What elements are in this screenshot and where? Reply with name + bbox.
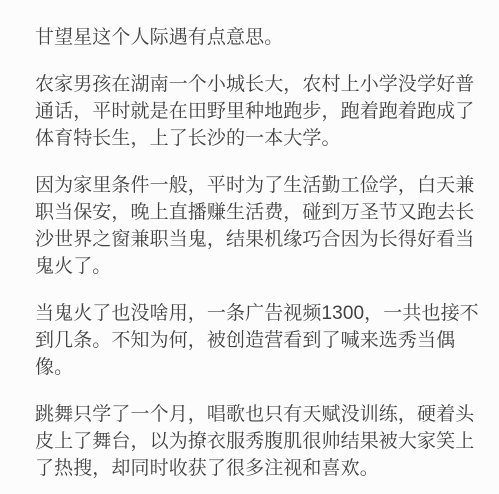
text-line: 通话，平时就是在田野里种地跑步，跑着跑着跑成了 bbox=[35, 98, 469, 125]
text-line: 像。 bbox=[35, 354, 469, 381]
text-line: 甘望星这个人际遇有点意思。 bbox=[35, 24, 469, 51]
text-line: 当鬼火了也没啥用，一条广告视频1300，一共也接不 bbox=[35, 300, 469, 327]
paragraph: 农家男孩在湖南一个小城长大，农村上小学没学好普 通话，平时就是在田野里种地跑步，… bbox=[35, 71, 469, 152]
text-line: 皮上了舞台，以为撩衣服秀腹肌很帅结果被大家笑上 bbox=[35, 428, 469, 455]
text-line: 职当保安，晚上直播赚生活费，碰到万圣节又跑去长 bbox=[35, 199, 469, 226]
text-line: 跳舞只学了一个月，唱歌也只有天赋没训练，硬着头 bbox=[35, 401, 469, 428]
text-line: 因为家里条件一般，平时为了生活勤工俭学，白天兼 bbox=[35, 172, 469, 199]
paragraph: 因为家里条件一般，平时为了生活勤工俭学，白天兼 职当保安，晚上直播赚生活费，碰到… bbox=[35, 172, 469, 280]
article-text-body: 甘望星这个人际遇有点意思。 农家男孩在湖南一个小城长大，农村上小学没学好普 通话… bbox=[0, 0, 499, 482]
text-line: 鬼火了。 bbox=[35, 253, 469, 280]
text-line: 到几条。不知为何，被创造营看到了喊来选秀当偶 bbox=[35, 327, 469, 354]
paragraph: 跳舞只学了一个月，唱歌也只有天赋没训练，硬着头 皮上了舞台，以为撩衣服秀腹肌很帅… bbox=[35, 401, 469, 482]
paragraph: 当鬼火了也没啥用，一条广告视频1300，一共也接不 到几条。不知为何，被创造营看… bbox=[35, 300, 469, 381]
text-line: 沙世界之窗兼职当鬼，结果机缘巧合因为长得好看当 bbox=[35, 226, 469, 253]
text-line: 了热搜，却同时收获了很多注视和喜欢。 bbox=[35, 455, 469, 482]
paragraph: 甘望星这个人际遇有点意思。 bbox=[35, 24, 469, 51]
text-line: 体育特长生，上了长沙的一本大学。 bbox=[35, 125, 469, 152]
text-line: 农家男孩在湖南一个小城长大，农村上小学没学好普 bbox=[35, 71, 469, 98]
